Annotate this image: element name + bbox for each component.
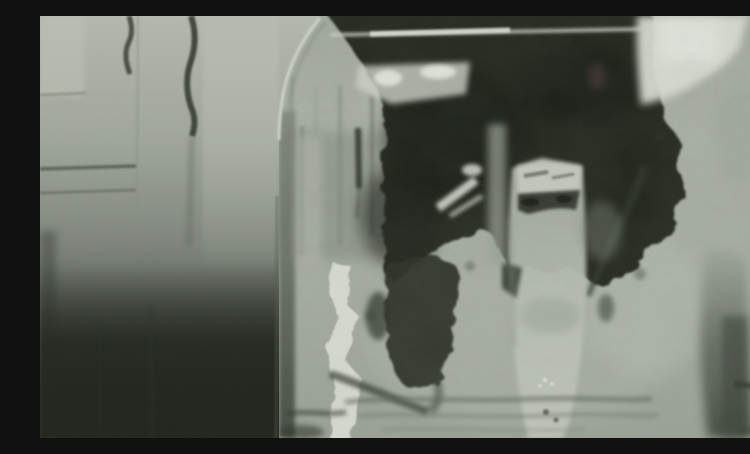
photo-canvas — [40, 16, 750, 438]
film-grain-overlay — [40, 16, 750, 438]
photograph — [40, 16, 750, 438]
